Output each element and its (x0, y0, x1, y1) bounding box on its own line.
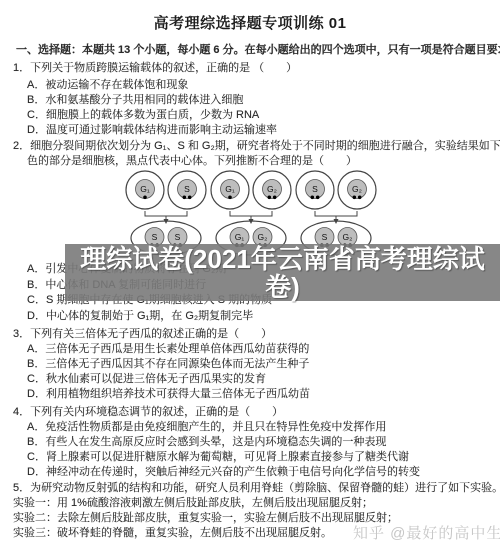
svg-text:G₂: G₂ (267, 184, 277, 194)
q4-option-a: A．免疫活性物质都是由免疫细胞产生的，并且只在特异性免疫中发挥作用 (27, 421, 386, 434)
q1-option-b: B．水和氨基酸分子共用相同的载体进入细胞 (27, 94, 243, 107)
q2-stem-line1: 2．细胞分裂间期依次划分为 G₁、S 和 G₂期，研究者将处于不同时期的细胞进行… (13, 140, 500, 153)
svg-text:S: S (312, 184, 318, 194)
q3-option-a: A．三倍体无子西瓜是用生长素处理单倍体西瓜幼苗获得的 (27, 343, 309, 356)
q3-option-c: C．秋水仙素可以促进三倍体无子西瓜果实的发育 (27, 373, 266, 386)
q2-option-d: D．中心体的复制始于 G₁期，在 G₂期复制完毕 (27, 310, 253, 323)
svg-text:S: S (322, 232, 328, 242)
svg-text:S: S (152, 232, 158, 242)
q5-stem: 5．为研究动物反射弧的结构和功能，研究人员利用脊蛙（剪除脑、保留脊髓的蛙）进行了… (13, 482, 500, 495)
q3-option-d: D．利用植物组织培养技术可获得大量三倍体无子西瓜幼苗 (27, 388, 310, 401)
svg-text:G₂: G₂ (258, 232, 268, 242)
svg-text:G₂: G₂ (343, 232, 353, 242)
q4-option-c: C．肾上腺素可以促进肝糖原水解为葡萄糖，可见肾上腺素直接参与了糖类代谢 (27, 451, 409, 464)
q1-stem: 1．下列关于物质跨膜运输载体的叙述，正确的是 （ ） (13, 62, 297, 75)
q4-option-b: B．有些人在发生高原反应时会感到头晕，这是内环境稳态失调的一种表现 (27, 436, 386, 449)
q5-experiment-1: 实验一：用 1%硫酸溶液刺激左侧后肢趾部皮肤，左侧后肢出现屈腿反射； (13, 497, 373, 510)
center-watermark-text: 理综试卷(2021年云南省高考理综试卷) (65, 245, 500, 301)
svg-text:G₁: G₁ (225, 184, 235, 194)
center-watermark-overlay: 理综试卷(2021年云南省高考理综试卷) (65, 244, 500, 301)
page-title: 高考理综选择题专项训练 01 (0, 12, 500, 33)
q5-experiment-3: 实验三：破坏脊蛙的脊髓，重复实验，左侧后肢不出现屈腿反射。 (13, 527, 332, 540)
q3-option-b: B．三倍体无子西瓜因其不存在同源染色体而无法产生种子 (27, 358, 309, 371)
footer-watermark: 知乎 @最好的高中生 (353, 522, 500, 543)
q1-option-d: D．温度可通过影响载体结构进而影响主动运输速率 (27, 124, 277, 137)
exam-paper-page: 高考理综选择题专项训练 01 一、选择题：本题共 13 个小题，每小题 6 分。… (0, 0, 500, 556)
svg-text:S: S (184, 184, 190, 194)
q4-option-d: D．神经冲动在传递时，突触后神经元兴奋的产生依赖于电信号向化学信号的转变 (27, 466, 420, 479)
q4-stem: 4．下列有关内环境稳态调节的叙述，正确的是（ ） (13, 406, 283, 419)
svg-text:S: S (175, 232, 181, 242)
svg-text:G₁: G₁ (140, 184, 150, 194)
q3-stem: 3．下列有关三倍体无子西瓜的叙述正确的是（ ） (13, 328, 272, 341)
svg-text:G₁: G₁ (235, 232, 245, 242)
section-header: 一、选择题：本题共 13 个小题，每小题 6 分。在每小题给出的四个选项中，只有… (16, 44, 500, 57)
svg-text:G₂: G₂ (352, 184, 362, 194)
q1-option-a: A．被动运输不存在载体饱和现象 (27, 79, 188, 92)
q1-option-c: C．细胞膜上的载体多数为蛋白质，少数为 RNA (27, 109, 259, 122)
q5-experiment-2: 实验二：去除左侧后肢趾部皮肤，重复实验一，实验左侧后肢不出现屈腿反射； (13, 512, 398, 525)
